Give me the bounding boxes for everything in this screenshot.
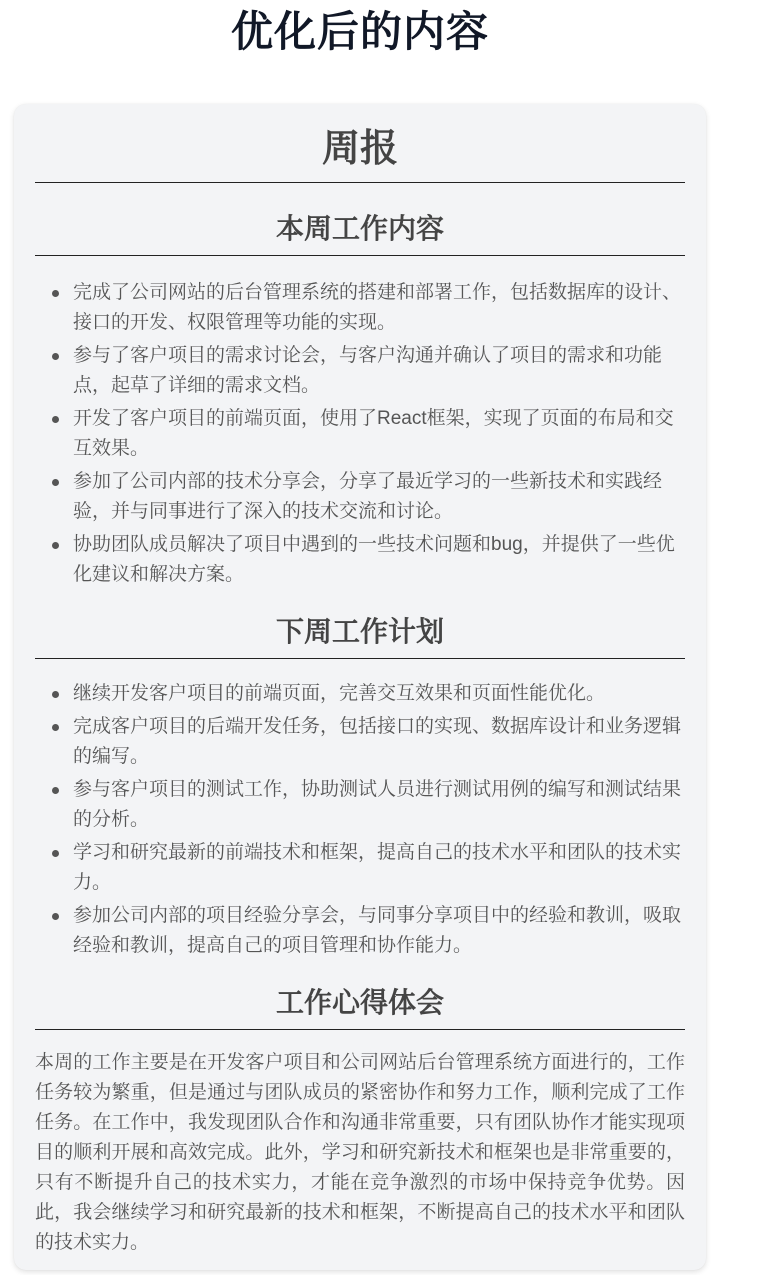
report-title: 周报	[35, 104, 685, 182]
list-item: 开发了客户项目的前端页面，使用了React框架，实现了页面的布局和交互效果。	[35, 404, 685, 464]
bullet-icon	[52, 787, 59, 794]
list-item: 完成了公司网站的后台管理系统的搭建和部署工作，包括数据库的设计、接口的开发、权限…	[35, 278, 685, 338]
list-item-text: 参与了客户项目的需求讨论会，与客户沟通并确认了项目的需求和功能点，起草了详细的需…	[73, 345, 662, 396]
weekly-report-card: 周报 本周工作内容 完成了公司网站的后台管理系统的搭建和部署工作，包括数据库的设…	[14, 104, 706, 1270]
bullet-icon	[52, 353, 59, 360]
list-item: 学习和研究最新的前端技术和框架，提高自己的技术水平和团队的技术实力。	[35, 838, 685, 898]
list-item-text: 学习和研究最新的前端技术和框架，提高自己的技术水平和团队的技术实力。	[73, 842, 681, 893]
bullet-icon	[52, 290, 59, 297]
list-item: 完成客户项目的后端开发任务，包括接口的实现、数据库设计和业务逻辑的编写。	[35, 712, 685, 772]
section-title-this-week: 本周工作内容	[35, 209, 685, 249]
list-item-text: 参加了公司内部的技术分享会，分享了最近学习的一些新技术和实践经验，并与同事进行了…	[73, 471, 662, 522]
list-item-text: 参与客户项目的测试工作，协助测试人员进行测试用例的编写和测试结果的分析。	[73, 779, 681, 830]
bullet-icon	[52, 542, 59, 549]
bullet-icon	[52, 479, 59, 486]
this-week-list: 完成了公司网站的后台管理系统的搭建和部署工作，包括数据库的设计、接口的开发、权限…	[35, 278, 685, 590]
section-divider	[35, 1029, 685, 1030]
bullet-icon	[52, 724, 59, 731]
list-item: 参与了客户项目的需求讨论会，与客户沟通并确认了项目的需求和功能点，起草了详细的需…	[35, 341, 685, 401]
list-item-text: 开发了客户项目的前端页面，使用了React框架，实现了页面的布局和交互效果。	[73, 408, 674, 459]
section-title-reflections: 工作心得体会	[35, 983, 685, 1023]
next-week-list: 继续开发客户项目的前端页面，完善交互效果和页面性能优化。 完成客户项目的后端开发…	[35, 679, 685, 961]
page-title: 优化后的内容	[0, 2, 720, 62]
section-divider	[35, 658, 685, 659]
list-item: 参与客户项目的测试工作，协助测试人员进行测试用例的编写和测试结果的分析。	[35, 775, 685, 835]
bullet-icon	[52, 850, 59, 857]
bullet-icon	[52, 416, 59, 423]
list-item: 继续开发客户项目的前端页面，完善交互效果和页面性能优化。	[35, 679, 685, 709]
list-item-text: 继续开发客户项目的前端页面，完善交互效果和页面性能优化。	[73, 683, 605, 704]
list-item: 参加了公司内部的技术分享会，分享了最近学习的一些新技术和实践经验，并与同事进行了…	[35, 467, 685, 527]
list-item: 协助团队成员解决了项目中遇到的一些技术问题和bug，并提供了一些优化建议和解决方…	[35, 530, 685, 590]
bullet-icon	[52, 691, 59, 698]
section-title-next-week: 下周工作计划	[35, 612, 685, 652]
list-item-text: 协助团队成员解决了项目中遇到的一些技术问题和bug，并提供了一些优化建议和解决方…	[73, 534, 675, 585]
list-item: 参加公司内部的项目经验分享会，与同事分享项目中的经验和教训，吸取经验和教训，提高…	[35, 901, 685, 961]
bullet-icon	[52, 913, 59, 920]
report-title-divider	[35, 182, 685, 183]
list-item-text: 参加公司内部的项目经验分享会，与同事分享项目中的经验和教训，吸取经验和教训，提高…	[73, 905, 681, 956]
section-divider	[35, 255, 685, 256]
list-item-text: 完成了公司网站的后台管理系统的搭建和部署工作，包括数据库的设计、接口的开发、权限…	[73, 282, 681, 333]
list-item-text: 完成客户项目的后端开发任务，包括接口的实现、数据库设计和业务逻辑的编写。	[73, 716, 681, 767]
reflections-paragraph: 本周的工作主要是在开发客户项目和公司网站后台管理系统方面进行的，工作任务较为繁重…	[35, 1048, 685, 1258]
